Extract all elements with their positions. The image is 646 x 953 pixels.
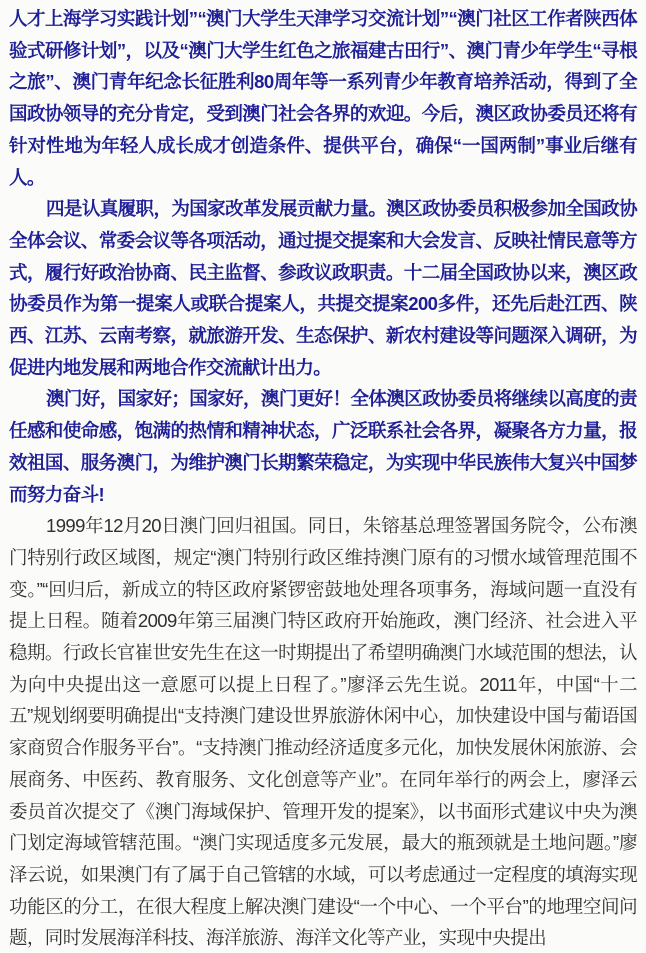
article-body: 人才上海学习实践计划”“澳门大学生天津学习交流计划”“澳门社区工作者陕西体验式研…: [0, 0, 646, 953]
document-page: 人才上海学习实践计划”“澳门大学生天津学习交流计划”“澳门社区工作者陕西体验式研…: [0, 0, 646, 953]
paragraph-maritime-history: 1999年12月20日澳门回归祖国。同日，朱镕基总理签署国务院令，公布澳门特别行…: [9, 510, 637, 953]
paragraph-macau-slogan: 澳门好，国家好；国家好，澳门更好！全体澳区政协委员将继续以高度的责任感和使命感，…: [9, 383, 637, 510]
paragraph-duty-performance: 四是认真履职，为国家改革发展贡献力量。澳区政协委员积极参加全国政协全体会议、常委…: [9, 193, 637, 383]
paragraph-youth-programs: 人才上海学习实践计划”“澳门大学生天津学习交流计划”“澳门社区工作者陕西体验式研…: [9, 3, 637, 193]
